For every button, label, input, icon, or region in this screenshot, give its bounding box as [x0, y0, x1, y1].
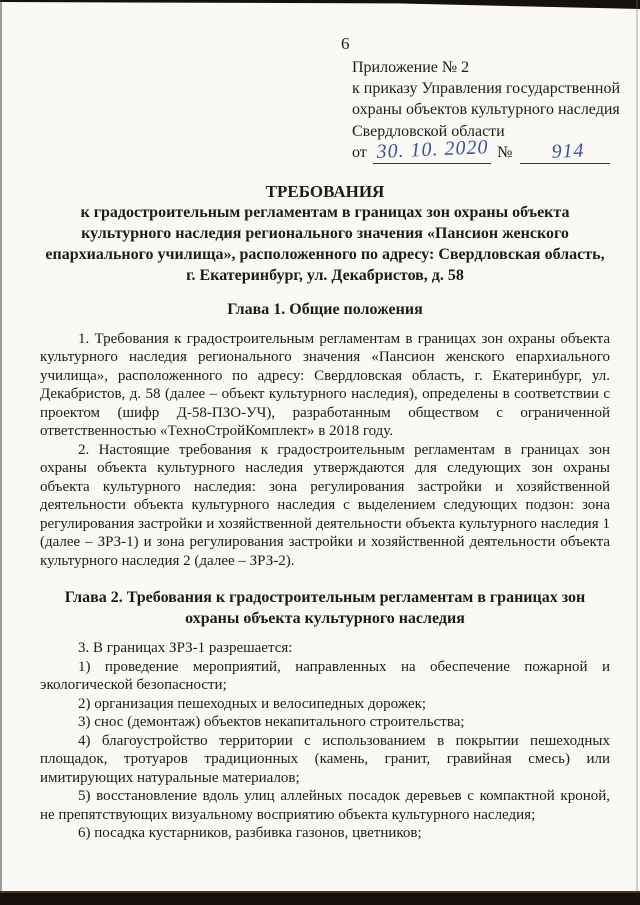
clause-3-intro: 3. В границах ЗРЗ-1 разрешается:: [40, 639, 610, 658]
page-number: 6: [40, 35, 610, 54]
clause-3-subclause-3: 3) снос (демонтаж) объектов некапитально…: [40, 713, 610, 732]
scan-edge-left: [0, 0, 2, 905]
date-blank-line: 30. 10. 2020: [373, 144, 491, 164]
clause-1-paragraph: 1. Требования к градостроительным реглам…: [40, 330, 610, 441]
clause-3-subclause-2: 2) организация пешеходных и велосипедных…: [40, 695, 610, 714]
order-date-line: от 30. 10. 2020 № 914: [352, 142, 610, 163]
document-title: ТРЕБОВАНИЯ к градостроительным регламент…: [40, 181, 610, 286]
document-title-subtitle: к градостроительным регламентам в границ…: [40, 202, 610, 286]
document-title-word: ТРЕБОВАНИЯ: [40, 181, 610, 202]
handwritten-date: 30. 10. 2020: [376, 137, 489, 162]
clause-3-subclause-1: 1) проведение мероприятий, направленных …: [40, 658, 610, 695]
header-line-appendix: Приложение № 2: [352, 57, 610, 78]
clause-3-subclause-5: 5) восстановление вдоль улиц аллейных по…: [40, 787, 610, 824]
clause-2-paragraph: 2. Настоящие требования к градостроитель…: [40, 441, 610, 571]
order-reference-block: Приложение № 2 к приказу Управления госу…: [352, 57, 610, 164]
date-prefix-label: от: [352, 142, 367, 163]
header-line-order: к приказу Управления государственной: [352, 78, 610, 99]
scanned-document-page: 6 Приложение № 2 к приказу Управления го…: [0, 0, 640, 905]
scan-edge-right: [636, 0, 638, 905]
document-content: 6 Приложение № 2 к приказу Управления го…: [40, 0, 610, 843]
scan-edge-bottom: [0, 891, 640, 905]
clause-3-subclause-4: 4) благоустройство территории с использо…: [40, 732, 610, 788]
number-prefix-label: №: [497, 142, 512, 163]
number-blank-line: 914: [520, 144, 610, 164]
chapter-2-heading: Глава 2. Требования к градостроительным …: [58, 587, 592, 629]
header-line-authority: охраны объектов культурного наследия: [352, 99, 610, 120]
clause-3-subclause-6: 6) посадка кустарников, разбивка газонов…: [40, 824, 610, 843]
handwritten-number: 914: [551, 140, 585, 161]
chapter-1-heading: Глава 1. Общие положения: [40, 299, 610, 320]
